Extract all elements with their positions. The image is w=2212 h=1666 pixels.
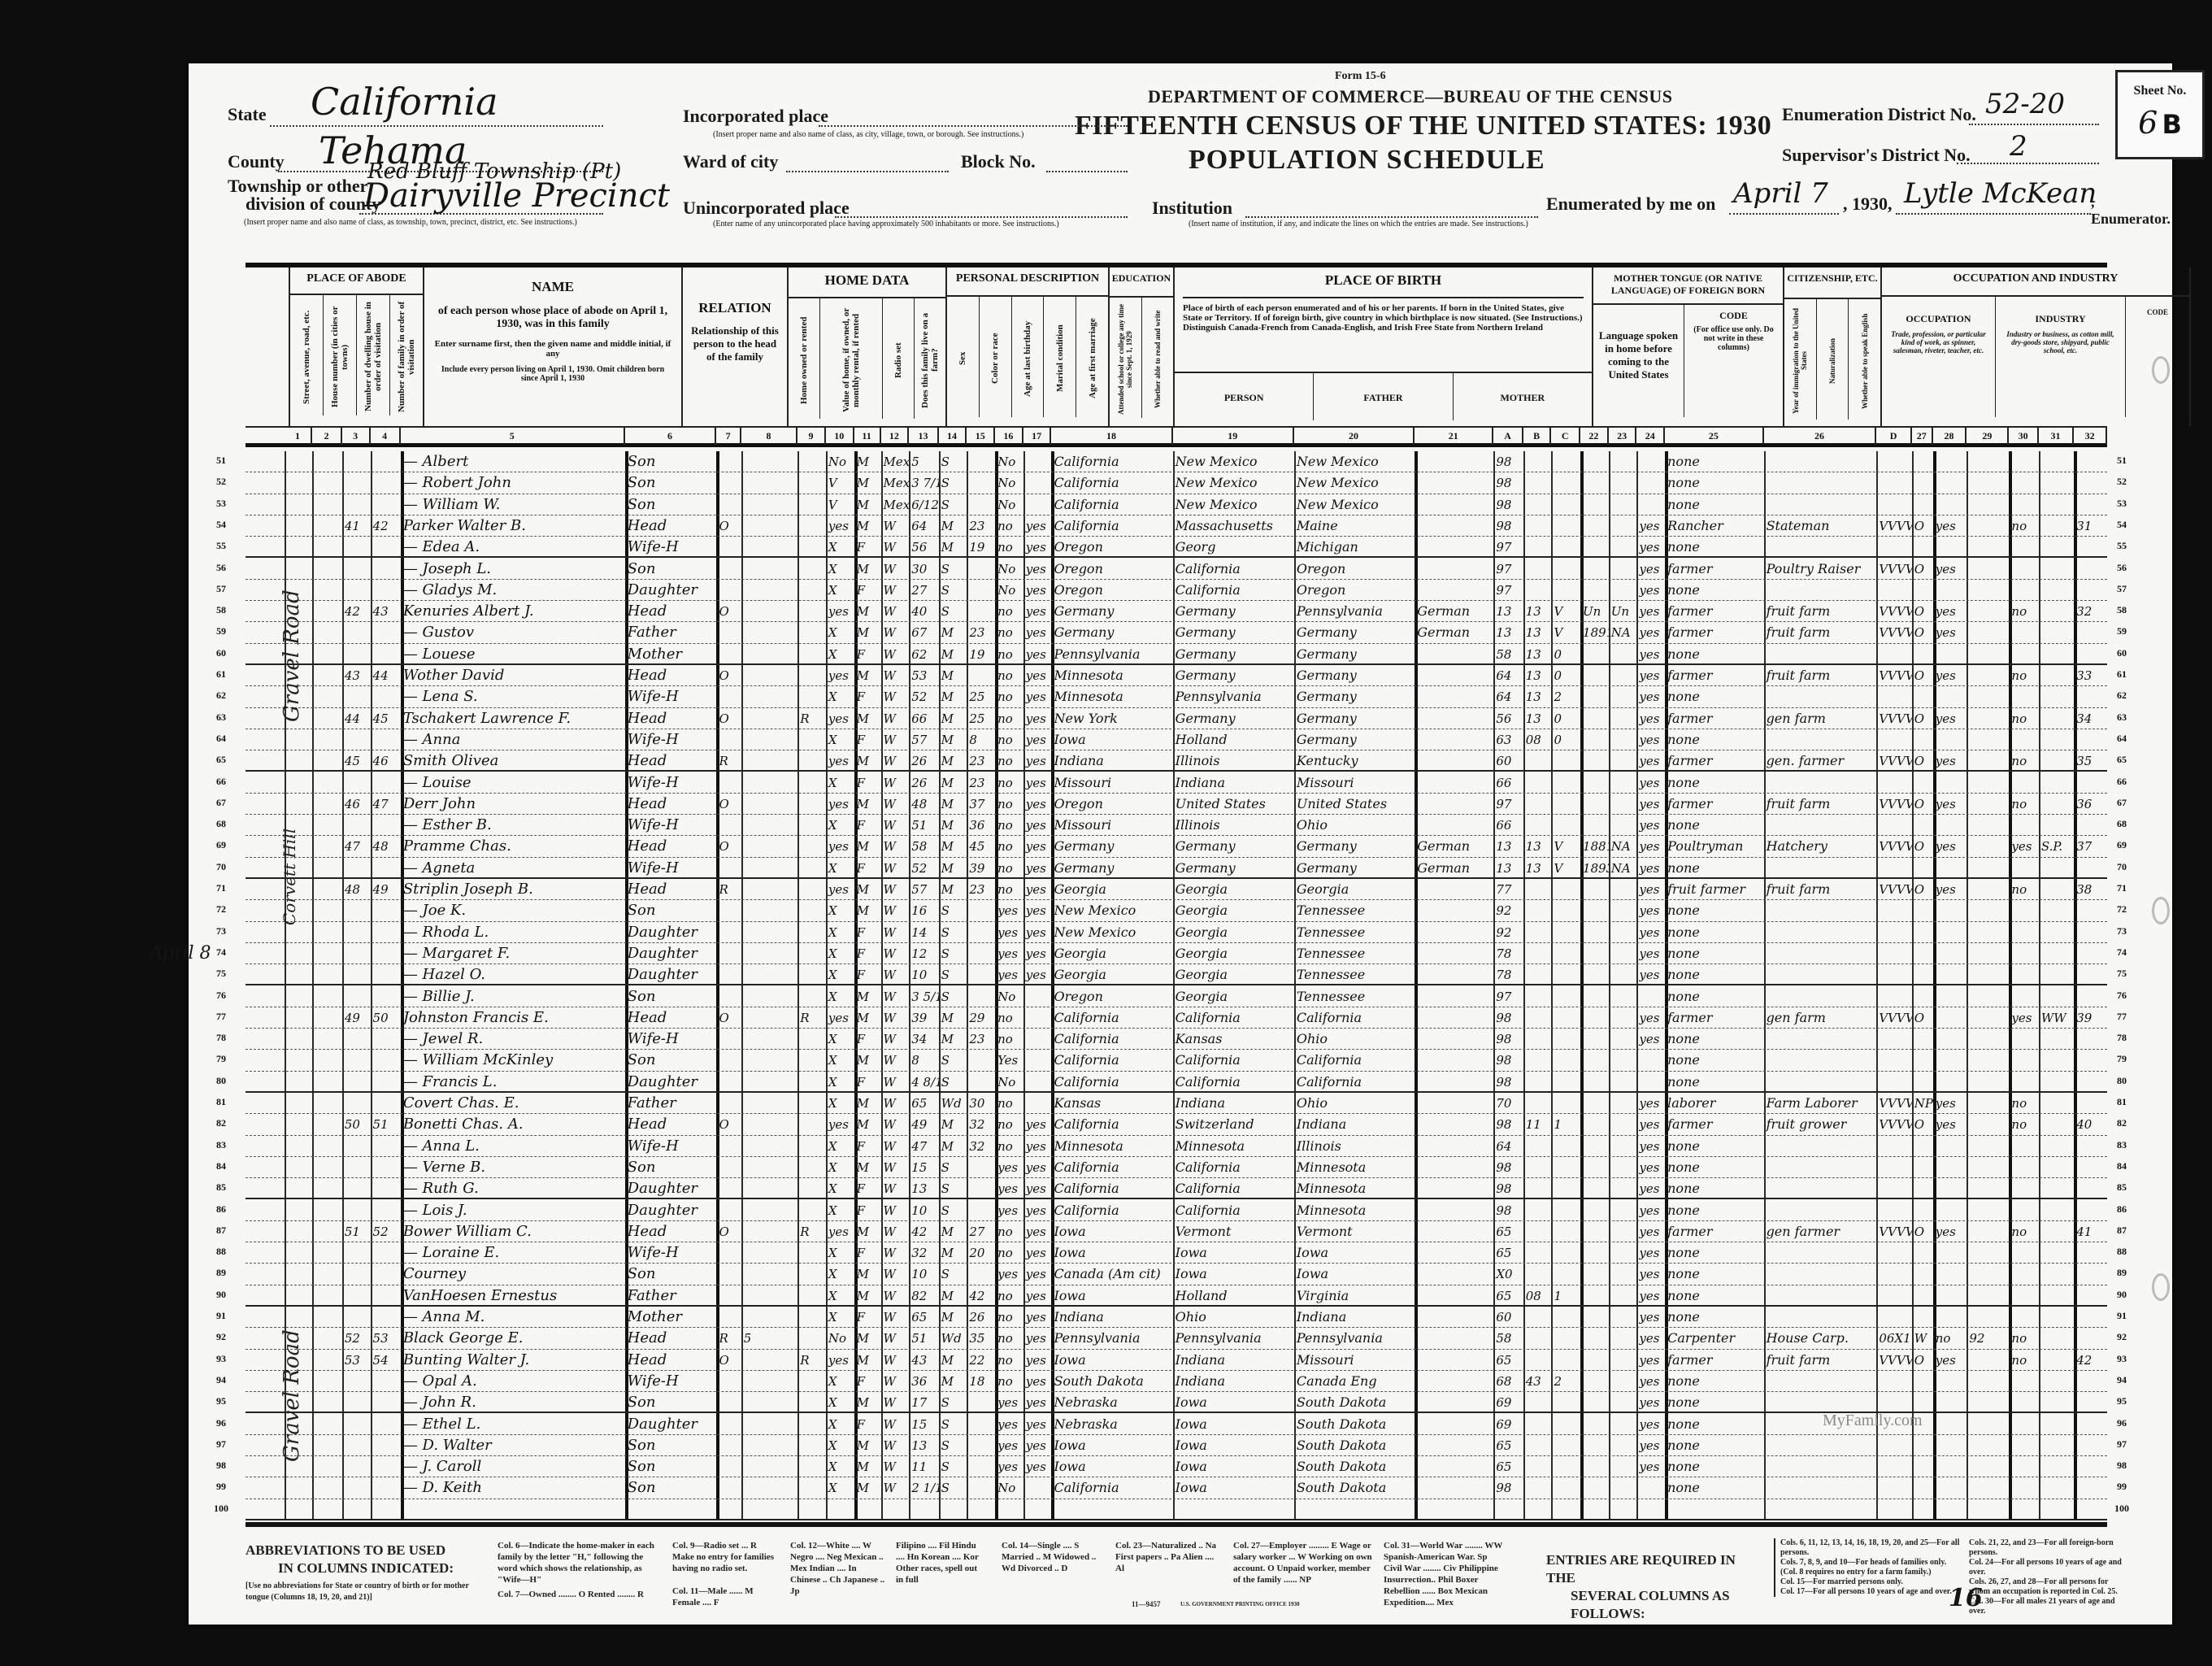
- cell-occ: none: [1665, 580, 1763, 600]
- cell-bf: [1173, 1499, 1294, 1519]
- cell-tenure: [716, 1264, 741, 1284]
- table-row: 7878— Jewel R.Wife-HXFW34M23noCalifornia…: [246, 1029, 2107, 1050]
- street-note-2: Corvett Hill: [280, 795, 299, 925]
- cell-age: 16: [909, 900, 938, 920]
- abbrev-col12-other: Filipino .... Fil Hindu .... Hn Korean .…: [896, 1540, 985, 1586]
- cell-bm: Tennessee: [1294, 922, 1415, 942]
- cell-agem: 23: [967, 622, 995, 642]
- cell-bm: Tennessee: [1294, 986, 1415, 1007]
- cell-read: yes: [1023, 1178, 1052, 1198]
- cell-imm: [1580, 1029, 1609, 1049]
- cell-dw: 42: [342, 601, 371, 621]
- cell-cb: [1523, 1264, 1552, 1284]
- enumerator-label: , Enumerator.: [2091, 194, 2172, 228]
- cell-war: [2039, 1072, 2074, 1091]
- cell-cls: O: [1912, 665, 1933, 685]
- cell-mar: S: [939, 1264, 967, 1284]
- cell-farmsch: 40: [2074, 1114, 2107, 1134]
- cell-occ: [1665, 1499, 1763, 1519]
- cell-farm: X: [826, 537, 854, 556]
- cell-name: Derr John: [401, 794, 625, 814]
- cell-value: [741, 1221, 797, 1242]
- cell-bm: United States: [1294, 794, 1415, 814]
- cell-dw: [342, 1136, 371, 1156]
- cell-farmsch: 32: [2074, 601, 2107, 621]
- cell-age: 26: [909, 750, 938, 770]
- cell-race: W: [881, 729, 910, 750]
- table-row: 9494— Opal A.Wife-HXFW36M18noyesSouth Da…: [246, 1371, 2107, 1392]
- cell-work: [1933, 1136, 1967, 1156]
- cell-fam: [371, 815, 401, 835]
- column-number-row: 123456789101112131415161718192021ABC2223…: [246, 426, 2107, 447]
- cell-bp: California: [1051, 1178, 1172, 1198]
- cell-lang: [1415, 772, 1493, 793]
- column-number: 26: [1764, 428, 1877, 445]
- enumerated-year: , 1930,: [1843, 194, 1893, 215]
- cell-value: [741, 815, 797, 835]
- cell-lang: German: [1415, 622, 1493, 642]
- cell-bf: Germany: [1173, 622, 1294, 642]
- cell-cc: [1551, 986, 1580, 1007]
- cell-ind: fruit grower: [1764, 1114, 1877, 1134]
- cell-work: [1933, 1242, 1967, 1263]
- cell-read: yes: [1023, 686, 1052, 707]
- cell-radio: [797, 772, 826, 793]
- cell-read: yes: [1023, 537, 1052, 556]
- column-number: 14: [939, 428, 967, 445]
- cell-lang: [1415, 986, 1493, 1007]
- abbrev-title-2: IN COLUMNS INDICATED:: [246, 1559, 489, 1577]
- cell-tenure: O: [716, 708, 741, 729]
- cell-cc: 0: [1551, 665, 1580, 685]
- cell-read: [1023, 1050, 1052, 1070]
- cell-value: [741, 1242, 797, 1263]
- cell-bm: South Dakota: [1294, 1477, 1415, 1498]
- cell-ind: [1764, 1072, 1877, 1091]
- cell-bf: Switzerland: [1173, 1114, 1294, 1134]
- cell-dw: [342, 622, 371, 642]
- cell-occ: laborer: [1665, 1093, 1763, 1113]
- cell-eng: yes: [1636, 515, 1665, 536]
- line-number: 90: [210, 1289, 232, 1301]
- cell-nat: [1609, 1435, 1637, 1455]
- table-row: 93935354Bunting Walter J.HeadORyesMW43M2…: [246, 1350, 2107, 1371]
- line-number: 62: [210, 689, 232, 702]
- cell-unemp: [1966, 1029, 2009, 1049]
- cell-read: yes: [1023, 943, 1052, 963]
- cell-nat: [1609, 750, 1637, 770]
- cell-unemp: [1966, 537, 2009, 556]
- cell-name: Smith Olivea: [401, 750, 625, 770]
- cell-imm: [1580, 451, 1609, 472]
- cell-age: 51: [909, 1328, 938, 1348]
- cell-eng: yes: [1636, 1392, 1665, 1412]
- cell-eng: [1636, 1499, 1665, 1519]
- cell-ca: 97: [1493, 559, 1523, 579]
- cell-bm: Maine: [1294, 515, 1415, 536]
- line-number-right: 85: [2110, 1181, 2133, 1194]
- cell-rel: Son: [625, 986, 717, 1007]
- cell-cc: [1551, 537, 1580, 556]
- cell-value: [741, 515, 797, 536]
- cell-farm: X: [826, 1029, 854, 1049]
- cell-value: [741, 772, 797, 793]
- cell-value: [741, 686, 797, 707]
- cell-mar: S: [939, 601, 967, 621]
- cell-nat: [1609, 922, 1637, 942]
- cell-radio: [797, 964, 826, 984]
- cell-war: [2039, 986, 2074, 1007]
- cell-occ: none: [1665, 943, 1763, 963]
- cell-cb: [1523, 472, 1552, 493]
- cell-bf: Georgia: [1173, 964, 1294, 984]
- cell-farmsch: [2074, 922, 2107, 942]
- cell-rel: Wife-H: [625, 1136, 717, 1156]
- cell-vet: no: [2009, 665, 2038, 685]
- cell-sch: no: [995, 1285, 1023, 1305]
- cell-vet: [2009, 1414, 2038, 1434]
- enumerated-label: Enumerated by me on: [1546, 194, 1715, 215]
- cell-eng: yes: [1636, 1178, 1665, 1198]
- cell-fam: [371, 494, 401, 515]
- cell-ind: [1764, 1242, 1877, 1263]
- cell-bm: Ohio: [1294, 815, 1415, 835]
- table-row: 6464— AnnaWife-HXFW57M8noyesIowaHollandG…: [246, 729, 2107, 750]
- cell-race: W: [881, 986, 910, 1007]
- table-row: 69694748Pramme Chas.HeadOyesMW58M45noyes…: [246, 836, 2107, 857]
- cell-lang: [1415, 644, 1493, 663]
- cell-rel: Head: [625, 601, 717, 621]
- cell-imm: [1580, 472, 1609, 493]
- cell-farmsch: 36: [2074, 794, 2107, 814]
- cell-bf: Indiana: [1173, 1371, 1294, 1391]
- cell-cd: VVVV: [1876, 665, 1911, 685]
- cell-value: [741, 1072, 797, 1091]
- cell-value: [741, 451, 797, 472]
- line-number-right: 70: [2110, 861, 2133, 873]
- cell-race: W: [881, 879, 910, 899]
- cell-ca: 97: [1493, 986, 1523, 1007]
- cell-unemp: [1966, 1307, 2009, 1327]
- cell-tenure: R: [716, 750, 741, 770]
- cell-cls: [1912, 472, 1933, 493]
- cell-bf: Germany: [1173, 601, 1294, 621]
- cell-mar: M: [939, 1221, 967, 1242]
- cell-radio: [797, 1477, 826, 1498]
- cell-agem: 23: [967, 1029, 995, 1049]
- cell-lang: [1415, 1136, 1493, 1156]
- cell-name: Courney: [401, 1264, 625, 1284]
- cell-unemp: [1966, 772, 2009, 793]
- req-f: Col. 24—For all persons 10 years of age …: [1969, 1558, 2123, 1577]
- cell-rel: Head: [625, 879, 717, 899]
- cell-cd: [1876, 1178, 1911, 1198]
- line-number: 98: [210, 1459, 232, 1472]
- cell-nat: [1609, 1221, 1637, 1242]
- column-number: 32: [2074, 428, 2107, 445]
- cell-radio: [797, 836, 826, 856]
- cell-mar: M: [939, 1242, 967, 1263]
- cell-rel: Son: [625, 1050, 717, 1070]
- cell-cd: VVVV: [1876, 622, 1911, 642]
- req-b: Cols. 7, 8, 9, and 10—For heads of famil…: [1780, 1558, 1961, 1577]
- cell-tenure: [716, 494, 741, 515]
- line-number-right: 65: [2110, 754, 2133, 766]
- cell-rel: Father: [625, 1285, 717, 1305]
- cell-ind: [1764, 1178, 1877, 1198]
- table-row: 100100: [246, 1499, 2107, 1520]
- cell-ca: 98: [1493, 1157, 1523, 1177]
- cell-fam: 45: [371, 708, 401, 729]
- cell-occ: farmer: [1665, 708, 1763, 729]
- cell-nat: NA: [1609, 622, 1637, 642]
- cell-lang: [1415, 686, 1493, 707]
- cell-unemp: [1966, 964, 2009, 984]
- cell-bp: New Mexico: [1051, 900, 1172, 920]
- cell-vet: [2009, 1456, 2038, 1477]
- cell-farmsch: 37: [2074, 836, 2107, 856]
- cell-ca: 58: [1493, 1328, 1523, 1348]
- cell-cb: [1523, 1029, 1552, 1049]
- cell-age: 66: [909, 708, 938, 729]
- cell-rel: Daughter: [625, 1178, 717, 1198]
- cell-imm: [1580, 1072, 1609, 1091]
- cell-read: yes: [1023, 858, 1052, 877]
- cell-vet: [2009, 1242, 2038, 1263]
- cell-cd: [1876, 943, 1911, 963]
- cell-ind: Poultry Raiser: [1764, 559, 1877, 579]
- cell-agem: 26: [967, 1307, 995, 1327]
- cell-agem: 20: [967, 1242, 995, 1263]
- cell-cc: [1551, 964, 1580, 984]
- cell-cc: [1551, 750, 1580, 770]
- cell-vet: [2009, 943, 2038, 963]
- cell-sex: M: [854, 451, 881, 472]
- column-number: 28: [1933, 428, 1967, 445]
- cell-farm: X: [826, 1178, 854, 1198]
- cell-cd: [1876, 1371, 1911, 1391]
- abode-header: PLACE OF ABODE Street, avenue, road, etc…: [290, 268, 424, 426]
- cell-lang: [1415, 1499, 1493, 1519]
- abbrev-note: [Use no abbreviations for State or count…: [246, 1581, 481, 1603]
- cell-race: W: [881, 1136, 910, 1156]
- cell-radio: [797, 1264, 826, 1284]
- cell-sch: no: [995, 1114, 1023, 1134]
- cell-age: 42: [909, 1221, 938, 1242]
- cell-dw: 48: [342, 879, 371, 899]
- cell-read: yes: [1023, 644, 1052, 663]
- cell-bp: Iowa: [1051, 1435, 1172, 1455]
- cell-radio: [797, 1050, 826, 1070]
- cell-race: W: [881, 1392, 910, 1412]
- cell-fam: [371, 986, 401, 1007]
- cell-cb: [1523, 986, 1552, 1007]
- cell-vet: no: [2009, 515, 2038, 536]
- line-number: 54: [210, 519, 232, 531]
- cell-tenure: O: [716, 1221, 741, 1242]
- cell-sch: yes: [995, 943, 1023, 963]
- table-row: 7272— Joe K.SonXMW16SyesyesNew MexicoGeo…: [246, 900, 2107, 921]
- cell-eng: yes: [1636, 1242, 1665, 1263]
- cell-work: [1933, 1050, 1967, 1070]
- cell-race: W: [881, 1242, 910, 1263]
- cell-rel: Daughter: [625, 964, 717, 984]
- cell-vet: no: [2009, 1350, 2038, 1370]
- cell-radio: [797, 1371, 826, 1391]
- cell-imm: [1580, 900, 1609, 920]
- cell-farmsch: [2074, 1414, 2107, 1434]
- cell-farmsch: [2074, 1477, 2107, 1498]
- column-number: 18: [1051, 428, 1172, 445]
- cell-sch: yes: [995, 900, 1023, 920]
- cell-mar: M: [939, 1136, 967, 1156]
- cell-cls: [1912, 922, 1933, 942]
- cell-occ: none: [1665, 472, 1763, 493]
- cell-eng: yes: [1636, 943, 1665, 963]
- cell-sch: No: [995, 580, 1023, 600]
- cell-ind: fruit farm: [1764, 1350, 1877, 1370]
- cell-vet: [2009, 472, 2038, 493]
- cell-nat: [1609, 1414, 1637, 1434]
- cell-bf: Ohio: [1173, 1307, 1294, 1327]
- cell-eng: yes: [1636, 644, 1665, 663]
- cell-bf: California: [1173, 1178, 1294, 1198]
- watermark: MyFamily.com: [1823, 1412, 1923, 1430]
- abbrev-col14: Col. 14—Single .... S Married .. M Widow…: [1002, 1540, 1099, 1574]
- cell-farm: X: [826, 772, 854, 793]
- cell-vet: [2009, 451, 2038, 472]
- cell-race: W: [881, 900, 910, 920]
- cell-value: [741, 943, 797, 963]
- cell-name: Kenuries Albert J.: [401, 601, 625, 621]
- cell-sex: F: [854, 1371, 881, 1391]
- cell-sch: no: [995, 1007, 1023, 1028]
- cell-lang: [1415, 900, 1493, 920]
- cell-cls: [1912, 729, 1933, 750]
- cell-age: 49: [909, 1114, 938, 1134]
- cell-imm: [1580, 943, 1609, 963]
- cell-race: W: [881, 665, 910, 685]
- cell-dw: [342, 1242, 371, 1263]
- cell-unemp: [1966, 1264, 2009, 1284]
- cell-imm: [1580, 1285, 1609, 1305]
- cell-cd: [1876, 815, 1911, 835]
- punch-hole: [2152, 897, 2170, 924]
- cell-vet: [2009, 858, 2038, 877]
- cell-agem: [967, 943, 995, 963]
- line-number: 64: [210, 733, 232, 745]
- cell-fam: [371, 1456, 401, 1477]
- cell-unemp: [1966, 708, 2009, 729]
- cell-read: [1023, 472, 1052, 493]
- cell-sex: M: [854, 515, 881, 536]
- cell-dw: 52: [342, 1328, 371, 1348]
- cell-tenure: [716, 1136, 741, 1156]
- cell-nat: [1609, 1029, 1637, 1049]
- table-row: 5757— Gladys M.DaughterXFW27SNoyesOregon…: [246, 580, 2107, 601]
- cell-sex: M: [854, 559, 881, 579]
- cell-sex: F: [854, 1072, 881, 1091]
- cell-radio: [797, 580, 826, 600]
- line-number-right: 94: [2110, 1374, 2133, 1386]
- abbrev-col6: Col. 6—Indicate the home-maker in each f…: [498, 1540, 660, 1586]
- cell-farmsch: [2074, 1371, 2107, 1391]
- cell-vet: [2009, 1477, 2038, 1498]
- cell-rel: Head: [625, 1221, 717, 1242]
- cell-imm: [1580, 1178, 1609, 1198]
- cell-cls: NP: [1912, 1093, 1933, 1113]
- cell-value: [741, 1414, 797, 1434]
- cell-cc: [1551, 451, 1580, 472]
- cell-cd: [1876, 472, 1911, 493]
- cell-value: [741, 1456, 797, 1477]
- cell-race: W: [881, 708, 910, 729]
- cell-bm: South Dakota: [1294, 1414, 1415, 1434]
- cell-dw: [342, 1499, 371, 1519]
- cell-unemp: [1966, 644, 2009, 663]
- column-number: 1: [285, 428, 313, 445]
- cell-cb: 13: [1523, 665, 1552, 685]
- cell-cc: V: [1551, 622, 1580, 642]
- cell-tenure: R: [716, 1328, 741, 1348]
- cell-read: yes: [1023, 1114, 1052, 1134]
- cell-sch: no: [995, 622, 1023, 642]
- cell-farmsch: [2074, 1093, 2107, 1113]
- cell-bm: Indiana: [1294, 1307, 1415, 1327]
- cell-imm: [1580, 537, 1609, 556]
- cell-sex: M: [854, 1264, 881, 1284]
- table-row: 9595— John R.SonXMW17SyesyesNebraskaIowa…: [246, 1392, 2107, 1413]
- cell-cc: [1551, 559, 1580, 579]
- cell-read: yes: [1023, 836, 1052, 856]
- cell-agem: 30: [967, 1093, 995, 1113]
- cell-imm: [1580, 1456, 1609, 1477]
- cell-fam: [371, 537, 401, 556]
- cell-ind: [1764, 1050, 1877, 1070]
- cell-tenure: [716, 622, 741, 642]
- cell-cb: [1523, 900, 1552, 920]
- required-title-2: SEVERAL COLUMNS AS FOLLOWS:: [1546, 1587, 1766, 1623]
- cell-ca: 97: [1493, 794, 1523, 814]
- cell-ca: 97: [1493, 537, 1523, 556]
- cell-radio: [797, 1093, 826, 1113]
- cell-farmsch: [2074, 1072, 2107, 1091]
- cell-radio: [797, 1456, 826, 1477]
- cell-farmsch: [2074, 986, 2107, 1007]
- line-number: 92: [210, 1331, 232, 1343]
- cell-ind: [1764, 986, 1877, 1007]
- cell-mar: M: [939, 1114, 967, 1134]
- cell-rel: Wife-H: [625, 1371, 717, 1391]
- cell-farmsch: 34: [2074, 708, 2107, 729]
- cell-bm: New Mexico: [1294, 451, 1415, 472]
- cell-tenure: [716, 537, 741, 556]
- cell-read: yes: [1023, 772, 1052, 793]
- cell-tenure: [716, 815, 741, 835]
- cell-nat: [1609, 1307, 1637, 1327]
- cell-bm: Minnesota: [1294, 1157, 1415, 1177]
- cell-read: yes: [1023, 750, 1052, 770]
- cell-cls: [1912, 986, 1933, 1007]
- cell-farm: yes: [826, 1007, 854, 1028]
- column-number: 3: [342, 428, 371, 445]
- line-number: 87: [210, 1224, 232, 1237]
- cell-imm: [1580, 1350, 1609, 1370]
- cell-occ: none: [1665, 1178, 1763, 1198]
- cell-farm: yes: [826, 1221, 854, 1242]
- cell-vet: [2009, 559, 2038, 579]
- cell-eng: yes: [1636, 836, 1665, 856]
